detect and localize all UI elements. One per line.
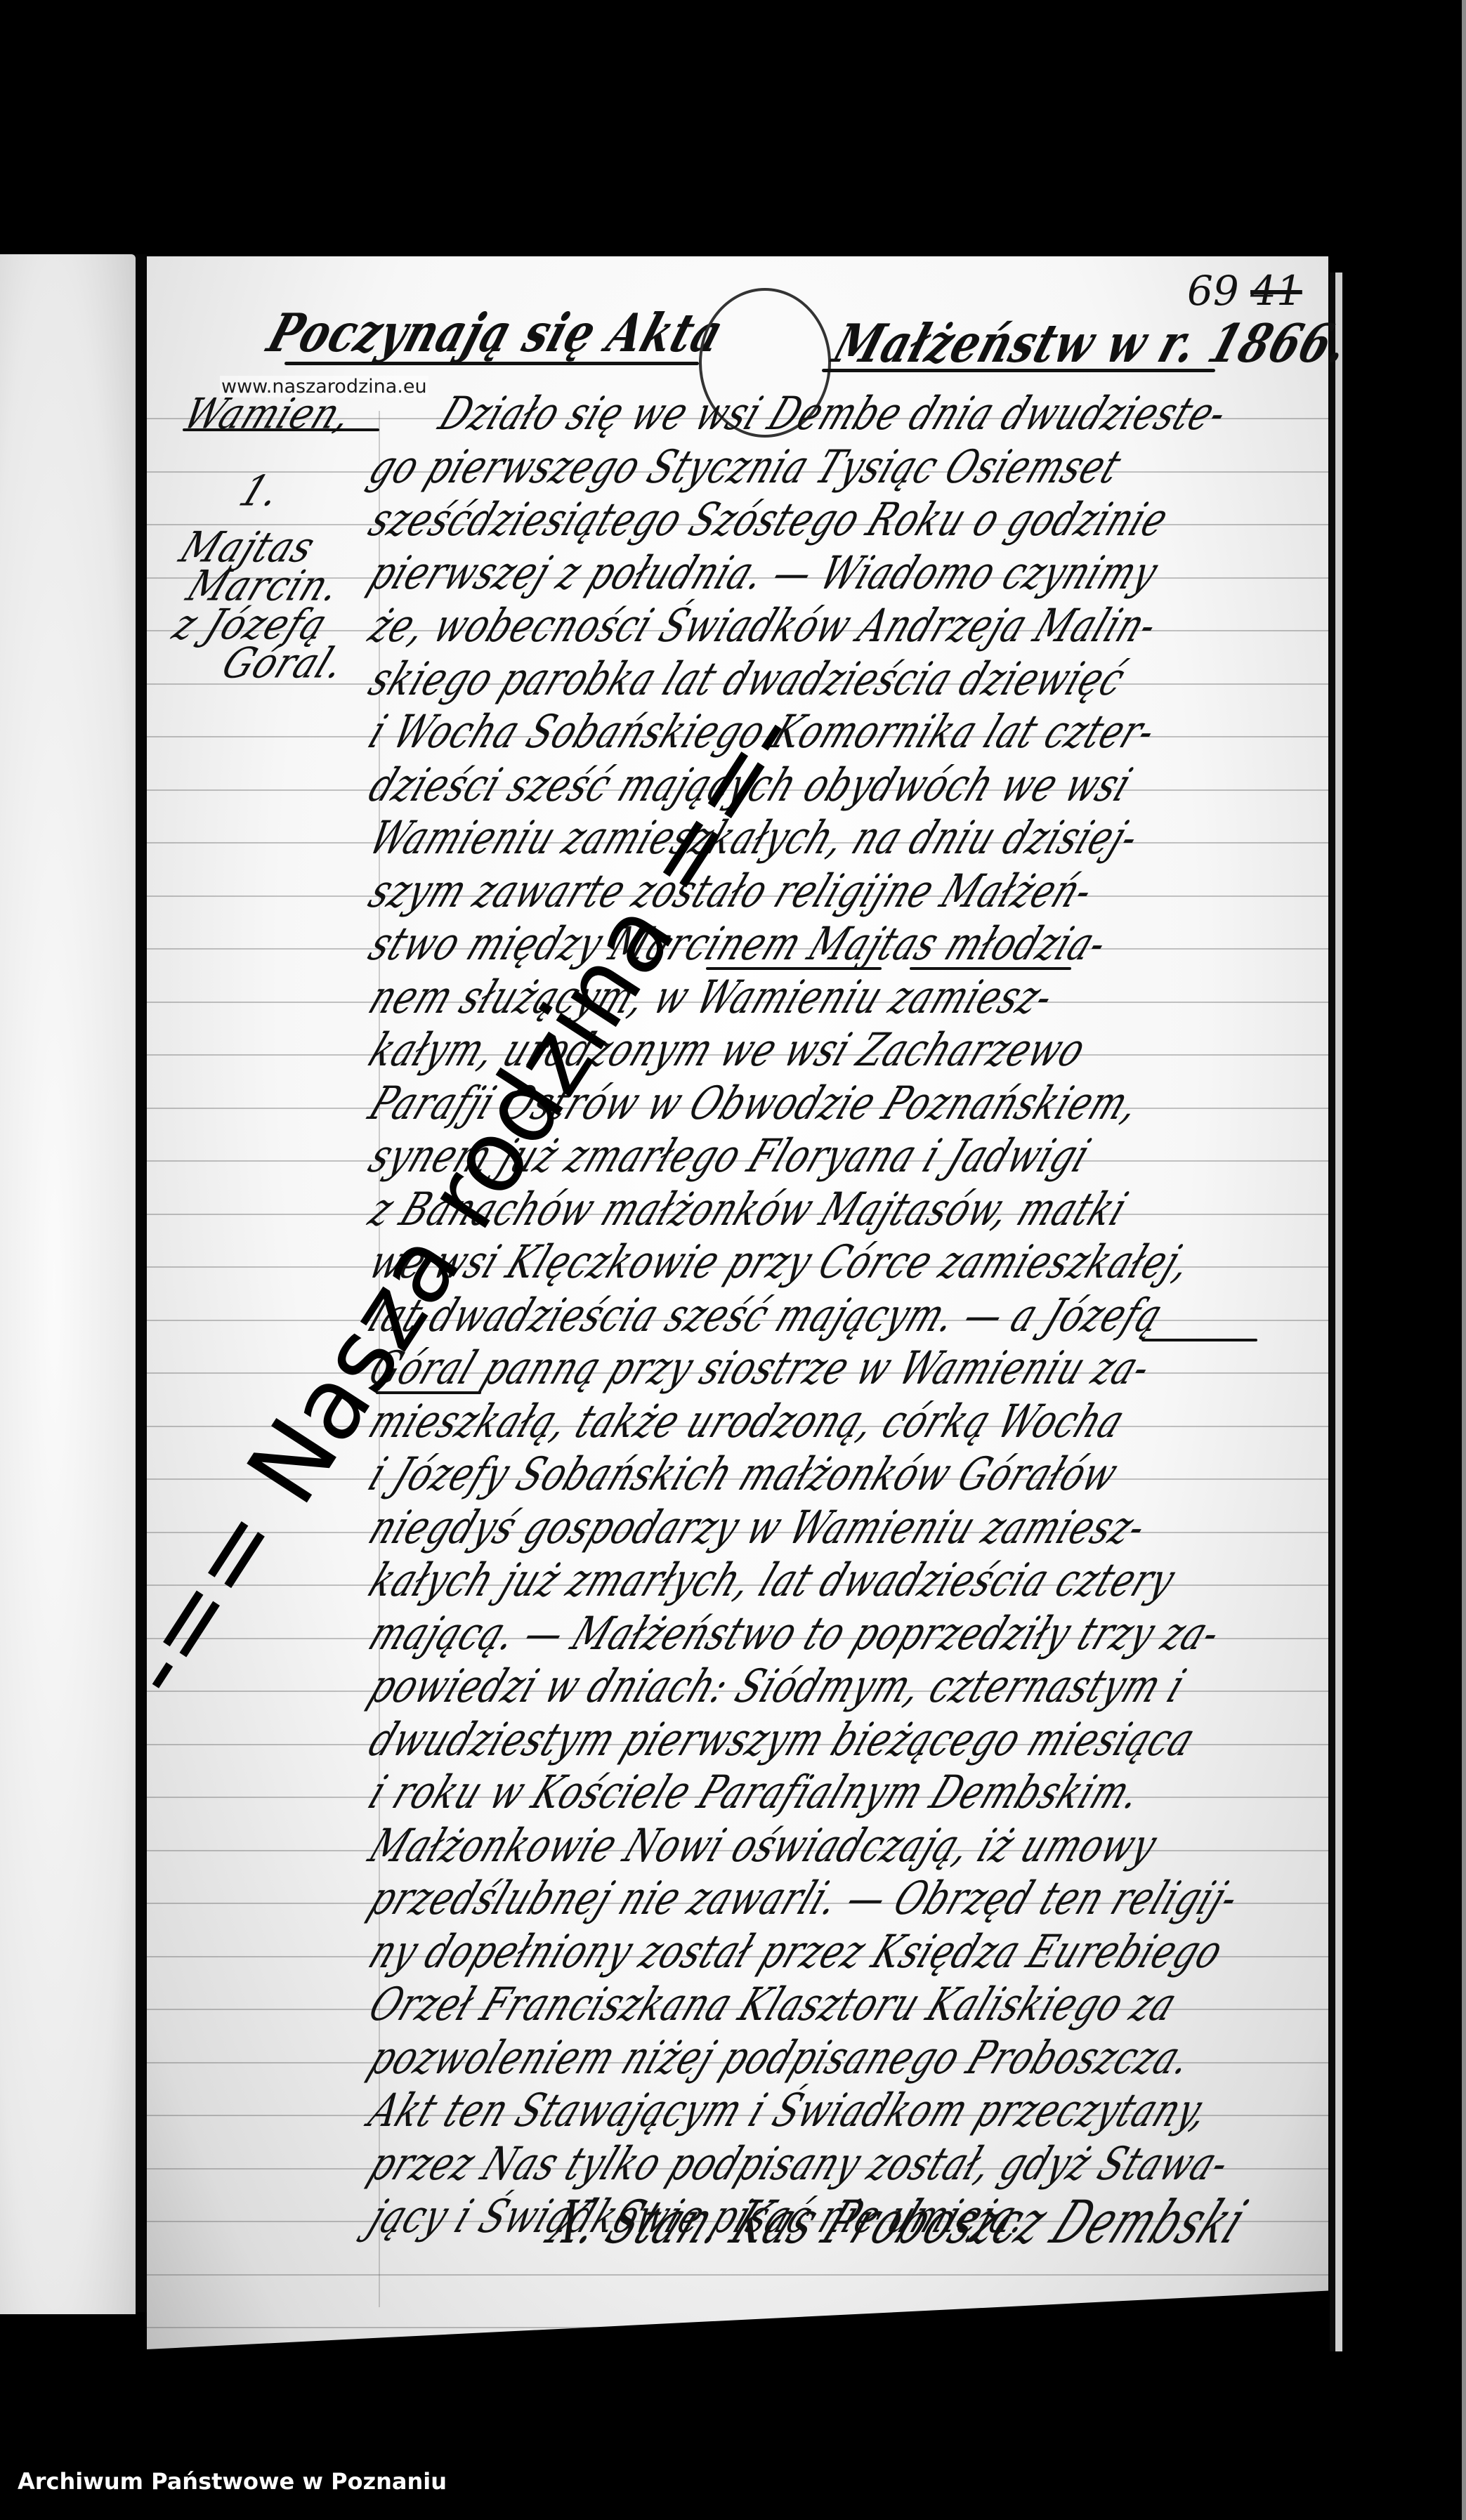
record-line: pozwoleniem niżej podpisanego Proboszcza… [362, 2031, 1200, 2084]
record-line: przedślubnej nie zawarli. — Obrzęd ten r… [362, 1872, 1248, 1924]
record-line: kałym, urodzonym we wsi Zacharzewo [362, 1023, 1094, 1076]
name-underline [1141, 1339, 1257, 1341]
name-underline [706, 967, 882, 970]
site-watermark: www.naszarodzina.eu [220, 376, 428, 398]
record-line: Akt ten Stawającym i Świadkom przeczytan… [362, 2084, 1218, 2137]
header-underline-right [822, 369, 1215, 372]
record-line: go pierwszego Stycznia Tysiąc Osiemset [362, 440, 1130, 493]
record-line: dwudziestym pierwszym bieżącego miesiąca [362, 1713, 1203, 1766]
priest-signature: X. Stan. Kas Proboszcz Dembski [539, 2188, 1258, 2257]
record-line: pierwszej z południa. — Wiadomo czynimy [362, 546, 1166, 599]
record-line: i roku w Kościele Parafialnym Dembskim. [362, 1766, 1151, 1818]
ruled-line [147, 2274, 1328, 2276]
record-line: kałych już zmarłych, lat dwadzieścia czt… [362, 1554, 1184, 1606]
name-underline [910, 967, 1071, 970]
record-line: skiego parobka lat dwadzieścia dziewięć [362, 652, 1134, 705]
record-line: że, wobecności Świadków Andrzeja Malin- [362, 599, 1166, 652]
margin-underline [183, 428, 379, 431]
folio-number: 69 [1187, 267, 1239, 315]
archive-name: Archiwum Państwowe w Poznaniu [18, 2468, 447, 2495]
record-line: powiedzi w dniach: Siódmym, czternastym … [362, 1660, 1193, 1712]
record-line: Orzeł Franciszkana Klasztoru Kaliskiego … [362, 1978, 1185, 2030]
previous-page-fragment [0, 254, 136, 2314]
record-line: mieszkałą, także urodzoną, córką Wocha [362, 1395, 1133, 1448]
record-line: przez Nas tylko podpisany został, gdyż S… [362, 2137, 1238, 2190]
record-line: ny dopełniony został przez Księdza Eureb… [362, 1925, 1231, 1978]
book-gutter [136, 254, 147, 2312]
folio-number-struck: 41 [1250, 267, 1302, 315]
margin-name-4: Góral. [214, 636, 354, 693]
record-line: mającą. — Małżeństwo to poprzedziły trzy… [362, 1607, 1229, 1660]
record-line: sześćdziesiątego Szóstego Roku o godzini… [362, 493, 1177, 546]
header-left: Poczynają się Akta [261, 303, 731, 365]
header-underline-left [284, 362, 699, 365]
ruled-line [147, 2327, 1328, 2328]
record-line: lat dwadzieścia sześć mającym. — a Józef… [362, 1289, 1171, 1341]
ruled-line [147, 2380, 1328, 2382]
record-line: i Józefy Sobańskich małżonków Górałów [362, 1448, 1127, 1500]
scan-edge-strip [1462, 0, 1466, 2520]
record-line: stwo między Marcinem Majtas młodzia- [362, 917, 1115, 970]
record-line: Małżonkowie Nowi oświadczają, iż umowy [362, 1819, 1165, 1872]
record-line: Działo się we wsi Dembe dnia dwudzieste- [432, 387, 1236, 440]
record-line: nem służącym, w Wamieniu zamiesz- [362, 971, 1062, 1023]
page-edge [1330, 273, 1342, 2351]
record-line: Góral panną przy siostrze w Wamieniu za- [362, 1341, 1160, 1394]
record-line: niegdyś gospodarzy w Wamieniu zamiesz- [362, 1501, 1155, 1554]
header-right: Małżeństw w r. 1866. [826, 313, 1356, 375]
